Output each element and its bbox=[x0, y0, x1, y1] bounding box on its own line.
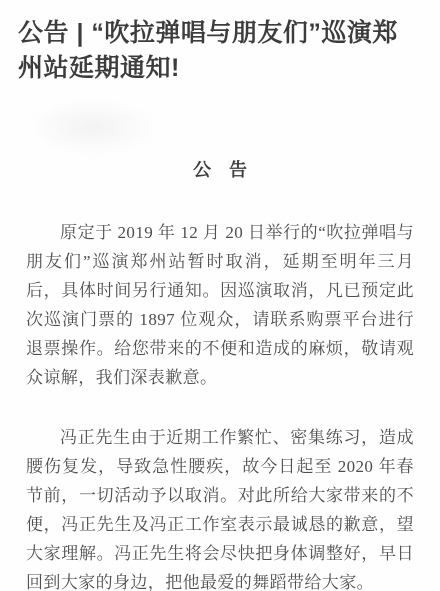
paragraph-apology: 冯正先生由于近期工作繁忙、密集练习，造成腰伤复发，导致急性腰疾，故今日起至 20… bbox=[26, 423, 414, 591]
announcement-heading: 公 告 bbox=[26, 158, 414, 182]
watermark-smudge bbox=[28, 98, 158, 156]
page-title: 公告 | “吹拉弹唱与朋友们”巡演郑州站延期通知! bbox=[18, 16, 414, 86]
announcement-page: 公告 | “吹拉弹唱与朋友们”巡演郑州站延期通知! 公 告 原定于 2019 年… bbox=[0, 0, 440, 591]
paragraph-tour-postponement: 原定于 2019 年 12 月 20 日举行的“吹拉弹唱与朋友们”巡演郑州站暂时… bbox=[26, 218, 414, 392]
